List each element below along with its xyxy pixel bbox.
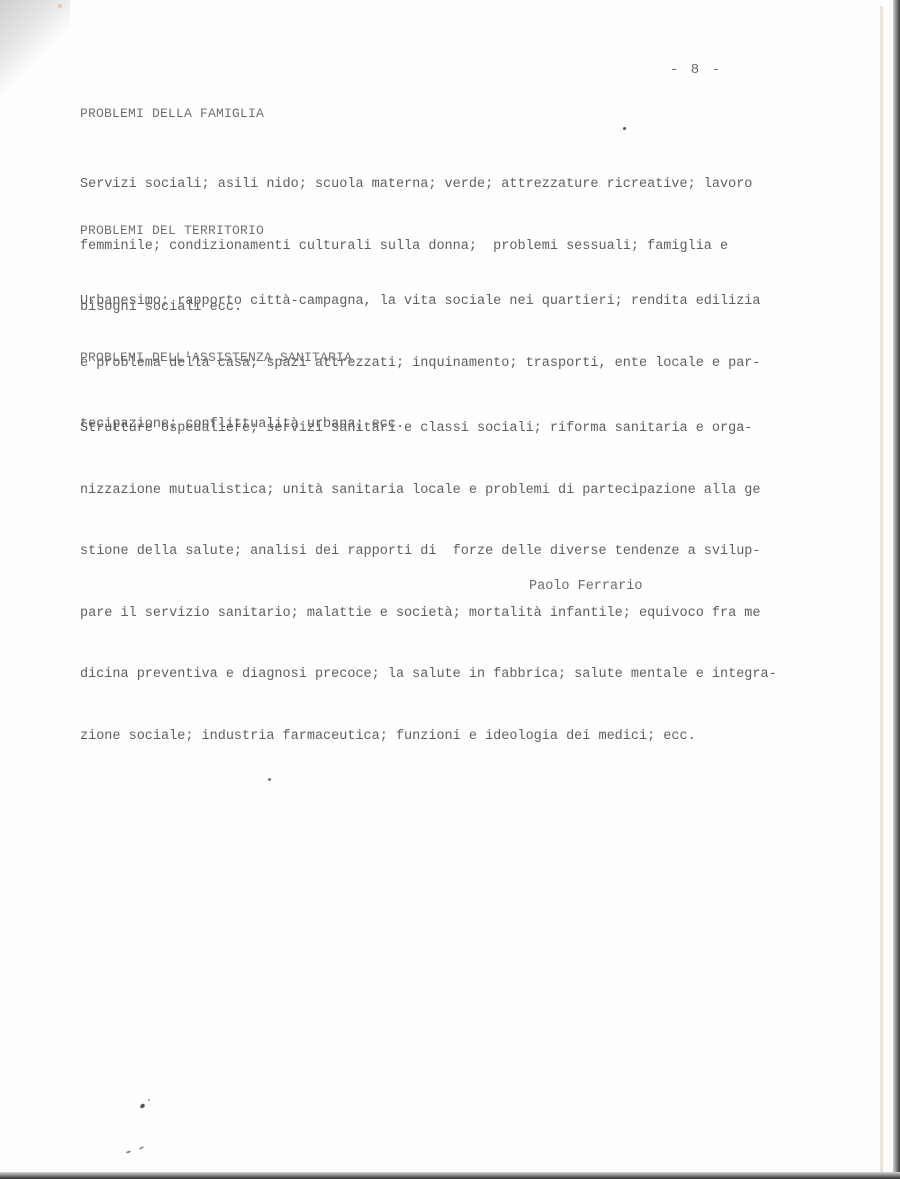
page-number: - 8 - (670, 62, 722, 78)
text-line: nizzazione mutualistica; unità sanitaria… (80, 481, 777, 502)
text-line: Strutture ospedaliere; servizi sanitari … (80, 419, 777, 440)
ink-speck (139, 1146, 144, 1150)
paper-edge-right (880, 6, 883, 1172)
ink-speck (623, 127, 626, 130)
ink-speck (268, 778, 271, 781)
text-line: stione della salute; analisi dei rapport… (80, 542, 777, 563)
section-heading-assistenza-sanitaria: PROBLEMI DELL'ASSISTENZA SANITARIA (80, 350, 352, 365)
paper-speck (58, 4, 62, 8)
document-page: - 8 - PROBLEMI DELLA FAMIGLIA Servizi so… (0, 0, 893, 1172)
text-line: pare il servizio sanitario; malattie e s… (80, 604, 777, 625)
ink-speck (139, 1103, 145, 1109)
section-heading-territorio: PROBLEMI DEL TERRITORIO (80, 223, 264, 238)
scan-border-right (893, 0, 900, 1179)
ink-speck (126, 1150, 131, 1153)
folded-corner-shadow (0, 0, 70, 100)
scan-border-bottom (0, 1172, 900, 1179)
author-signature: Paolo Ferrario (529, 579, 642, 594)
section-heading-famiglia: PROBLEMI DELLA FAMIGLIA (80, 106, 264, 121)
text-line: dicina preventiva e diagnosi precoce; la… (80, 665, 777, 686)
text-line: zione sociale; industria farmaceutica; f… (80, 727, 777, 748)
section-body-assistenza-sanitaria: Strutture ospedaliere; servizi sanitari … (80, 378, 777, 788)
text-line: Servizi sociali; asili nido; scuola mate… (80, 175, 752, 196)
ink-speck (148, 1099, 150, 1101)
text-line: Urbanesimo; rapporto città-campagna, la … (80, 292, 761, 313)
